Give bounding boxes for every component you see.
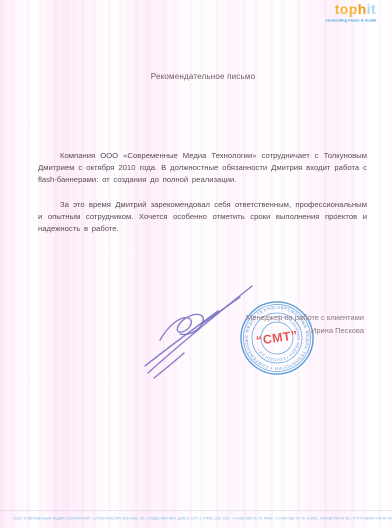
paragraph-1: Компания ООО «Современные Медиа Технолог…	[38, 150, 367, 187]
scan-edge-line	[0, 510, 392, 511]
letter-page: tophit connecting music & media Рекоменд…	[0, 0, 392, 528]
logo-tagline: connecting music & media	[325, 18, 376, 23]
footer-contact-line: ООО "СОВРЕМЕННЫЕ МЕДИА ТЕХНОЛОГИИ", 1270…	[14, 517, 379, 521]
logo-letter: o	[340, 1, 349, 17]
logo-letter: h	[358, 1, 367, 17]
signer-role: Менеджер по работе с клиентами	[246, 312, 364, 325]
tophit-logo: tophit connecting music & media	[275, 2, 376, 27]
logo-letter: t	[371, 1, 376, 17]
letter-body: Компания ООО «Современные Медиа Технолог…	[38, 150, 367, 247]
paragraph-2: За это время Дмитрий зарекомендовал себя…	[38, 199, 367, 236]
logo-letter: p	[349, 1, 358, 17]
letter-title: Рекомендательное письмо	[0, 72, 392, 81]
signer-block: Менеджер по работе с клиентами Ирина Пес…	[246, 312, 364, 337]
signer-name: Ирина Пескова	[246, 325, 364, 338]
logo-wordmark: tophit	[335, 2, 376, 17]
